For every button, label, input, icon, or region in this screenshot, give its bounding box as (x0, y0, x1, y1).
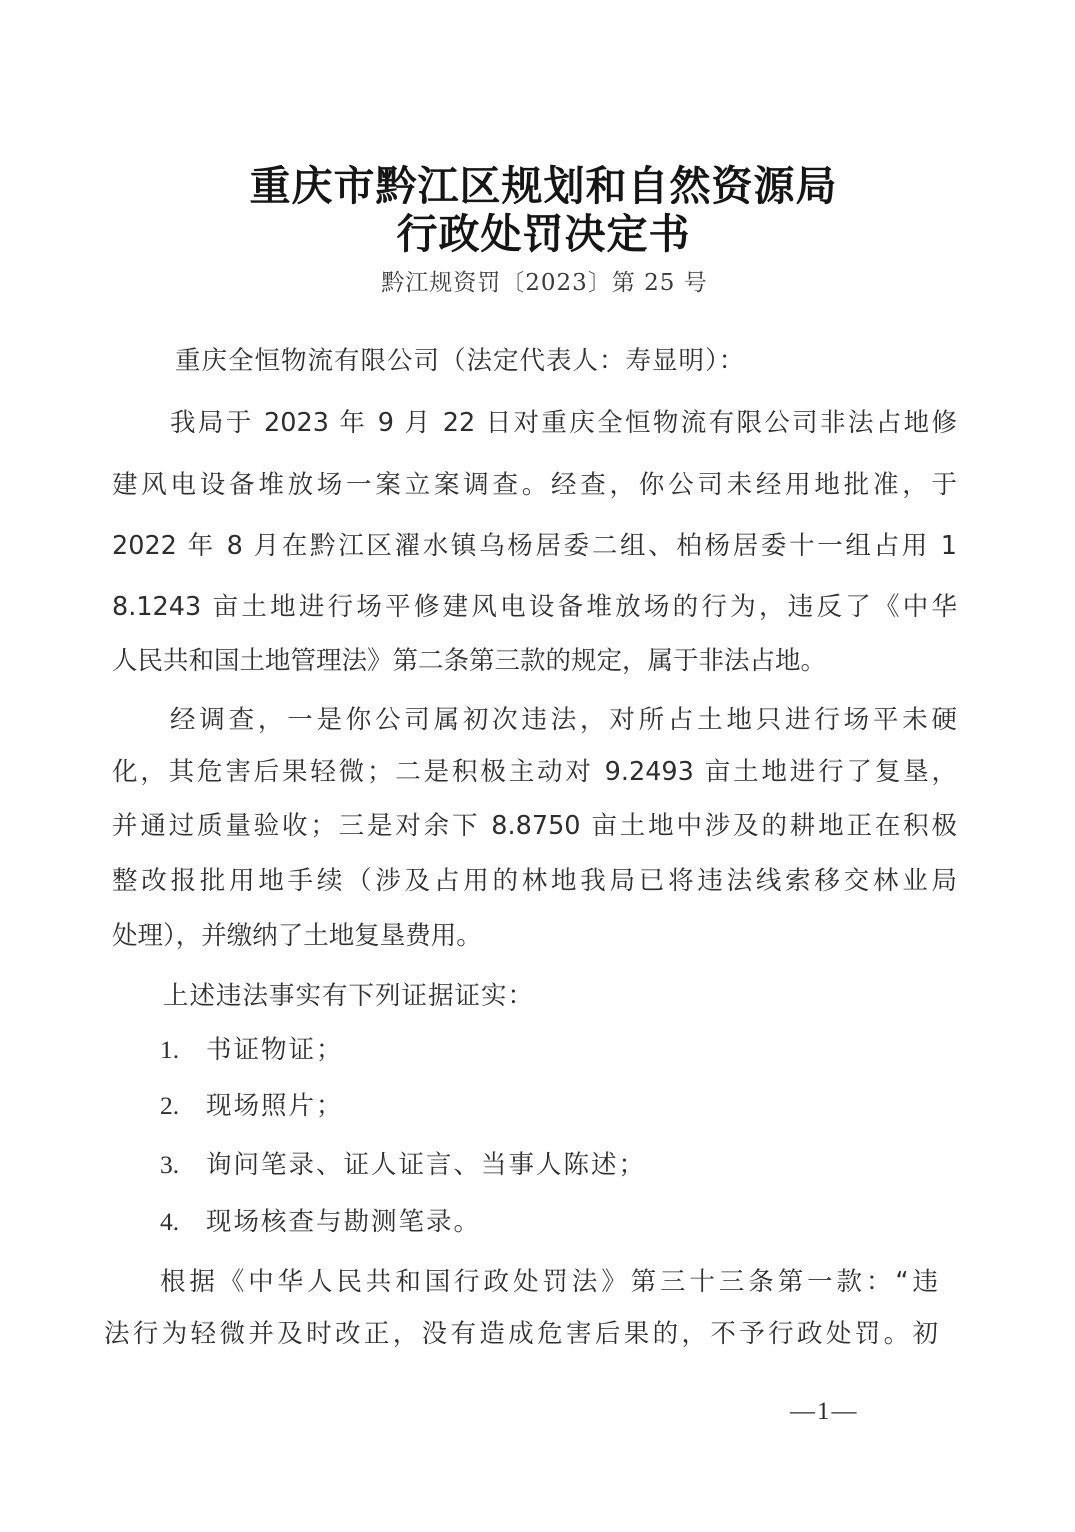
list-item-number: 4. (160, 1202, 206, 1242)
paragraph-2-line-2: 化，其危害后果轻微；二是积极主动对 9.2493 亩土地进行了复垦， (112, 752, 957, 792)
list-item-text: 现场照片； (206, 1091, 344, 1121)
document-page: 重庆市黔江区规划和自然资源局 行政处罚决定书 黔江规资罚〔2023〕第 25 号… (0, 0, 1075, 1532)
addressee: 重庆全恒物流有限公司（法定代表人：寿显明）： (175, 341, 795, 381)
list-item-number: 1. (160, 1030, 206, 1070)
paragraph-2-line-4: 整改报批用地手续（涉及占用的林地我局已将违法线索移交林业局 (112, 861, 957, 901)
paragraph-3-line-2: 法行为轻微并及时改正，没有造成危害后果的，不予行政处罚。初 (104, 1314, 938, 1354)
document-number: 黔江规资罚〔2023〕第 25 号 (0, 266, 1075, 300)
evidence-list-item: 1.书证物证； (160, 1030, 344, 1070)
paragraph-1-line-5: 人民共和国土地管理法》第二条第三款的规定，属于非法占地。 (112, 641, 957, 681)
evidence-list-item: 2.现场照片； (160, 1086, 344, 1126)
list-item-number: 2. (160, 1086, 206, 1126)
evidence-list-item: 4.现场核查与勘测笔录。 (160, 1202, 481, 1242)
paragraph-1-line-4: 8.1243 亩土地进行场平修建风电设备堆放场的行为，违反了《中华 (112, 587, 957, 627)
list-item-text: 询问笔录、证人证言、当事人陈述； (206, 1150, 646, 1180)
paragraph-2-line-5: 处理），并缴纳了土地复垦费用。 (112, 916, 957, 956)
evidence-intro: 上述违法事实有下列证据证实： (163, 976, 950, 1016)
list-item-text: 书证物证； (206, 1035, 344, 1065)
paragraph-2-line-1: 经调查，一是你公司属初次违法，对所占土地只进行场平未硬 (170, 700, 957, 740)
evidence-list-item: 3.询问笔录、证人证言、当事人陈述； (160, 1145, 646, 1185)
paragraph-3-line-1: 根据《中华人民共和国行政处罚法》第三十三条第一款：“违 (160, 1262, 938, 1302)
list-item-number: 3. (160, 1145, 206, 1185)
paragraph-1-line-3: 2022 年 8 月在黔江区濯水镇乌杨居委二组、柏杨居委十一组占用 1 (112, 526, 957, 566)
document-title-issuer: 重庆市黔江区规划和自然资源局 (6, 162, 1075, 210)
document-title-type: 行政处罚决定书 (6, 210, 1075, 258)
paragraph-1-line-1: 我局于 2023 年 9 月 22 日对重庆全恒物流有限公司非法占地修 (170, 403, 957, 443)
list-item-text: 现场核查与勘测笔录。 (206, 1207, 481, 1237)
paragraph-1-line-2: 建风电设备堆放场一案立案调查。经查，你公司未经用地批准，于 (112, 465, 957, 505)
paragraph-2-line-3: 并通过质量验收；三是对余下 8.8750 亩土地中涉及的耕地正在积极 (112, 806, 957, 846)
page-number: —1— (790, 1398, 859, 1426)
